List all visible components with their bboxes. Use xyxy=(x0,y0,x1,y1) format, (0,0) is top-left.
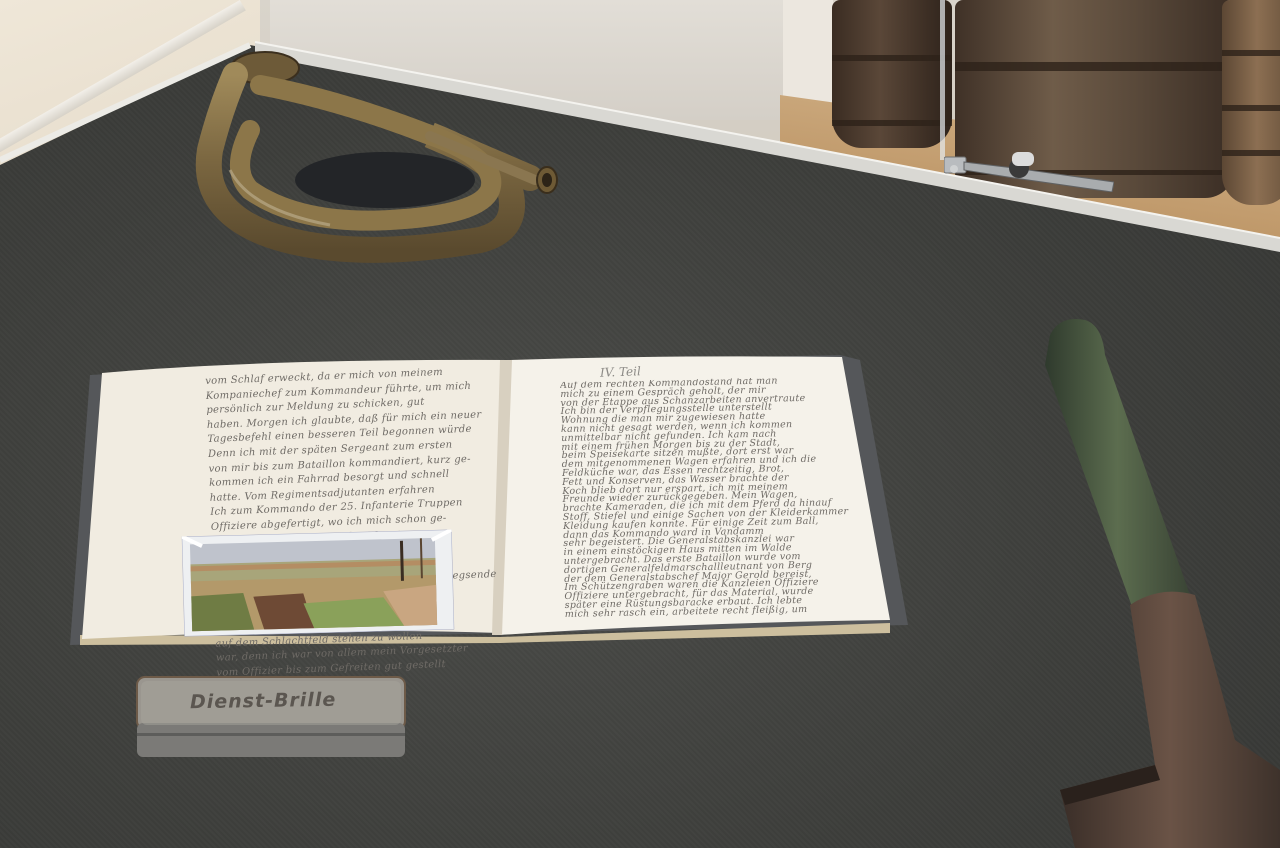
page-header: IV. Teil xyxy=(600,364,641,379)
case-label: Dienst-Brille xyxy=(190,689,337,714)
bugle xyxy=(190,40,570,270)
right-page-text: Auf dem rechten Kommandostand hat man mi… xyxy=(560,376,865,620)
trench-postcard xyxy=(182,529,455,636)
museum-display-scene: IV. Teil vom Schlaf erweckt, da er mich … xyxy=(0,0,1280,848)
spectacle-case xyxy=(135,675,407,761)
glass-clamp-icon xyxy=(944,152,1114,192)
entrenching-spade xyxy=(1030,310,1280,848)
